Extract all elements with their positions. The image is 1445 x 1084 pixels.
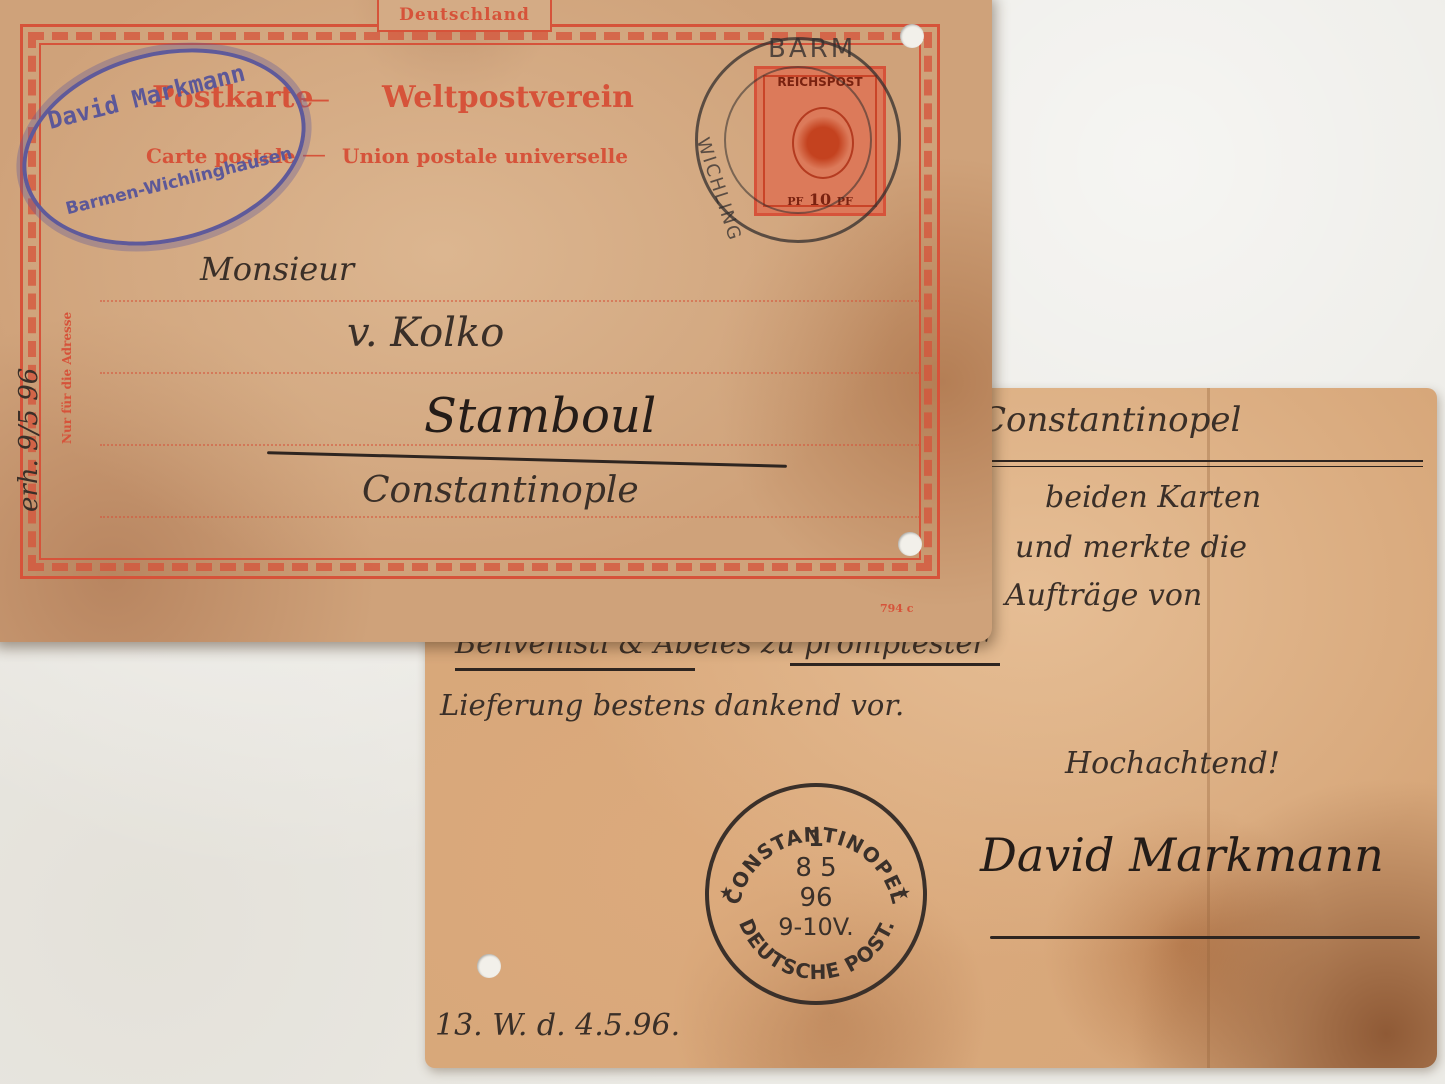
heading-rule-2 [965, 466, 1423, 467]
signature: David Markmann [980, 828, 1384, 882]
address-line-guide [100, 444, 920, 446]
star-icon: ★ [719, 883, 733, 902]
address-line-guide [100, 372, 920, 374]
header-cartouche: Deutschland [377, 0, 552, 32]
margin-note: erh. 9/5 96 [14, 368, 44, 512]
barmen-postmark: BARM WICHLING [695, 37, 901, 243]
postmark-line: 1 [709, 827, 923, 852]
punch-hole [898, 532, 922, 556]
footer-note: 13. W. d. 4.5.96. [435, 1008, 680, 1043]
title-union-postale: Union postale universelle [342, 144, 628, 168]
postmark-date: 8 5 [709, 853, 923, 883]
signature-underline [990, 936, 1420, 939]
message-line: Aufträge von [1005, 578, 1202, 613]
message-line: Lieferung bestens dankend vor. [440, 688, 904, 722]
side-note: Nur für die Adresse [60, 312, 74, 444]
postmark-year: 96 [709, 883, 923, 913]
star-icon: ★ [897, 883, 911, 902]
underline [455, 668, 695, 671]
title-weltpostverein: Weltpostverein [382, 80, 634, 115]
address-line-guide [100, 300, 920, 302]
punch-hole [900, 24, 924, 48]
dash: — [302, 140, 326, 168]
postmark-time: 9-10V. [709, 913, 923, 941]
message-line: Hochachtend! [1065, 746, 1280, 781]
dash: — [302, 82, 330, 115]
address-line: Monsieur [200, 250, 354, 288]
address-line: Constantinople [362, 470, 639, 511]
heading-rule [965, 460, 1423, 462]
address-line: v. Kolko [347, 310, 504, 356]
address-line: Stamboul [424, 388, 656, 444]
address-line-guide [100, 516, 920, 518]
message-line: beiden Karten [1045, 480, 1261, 515]
heading-handwriting: Constantinopel [980, 400, 1241, 440]
message-line: und merkte die [1015, 530, 1247, 565]
constantinopel-postmark: CONSTANTINOPEL DEUTSCHE POST. 1 8 5 96 9… [705, 783, 927, 1005]
print-code: 794 c [880, 602, 914, 615]
postcard-front-address-side: Deutschland Postkarte — Weltpostverein C… [0, 0, 992, 642]
punch-hole [477, 954, 501, 978]
underline [790, 663, 1000, 666]
